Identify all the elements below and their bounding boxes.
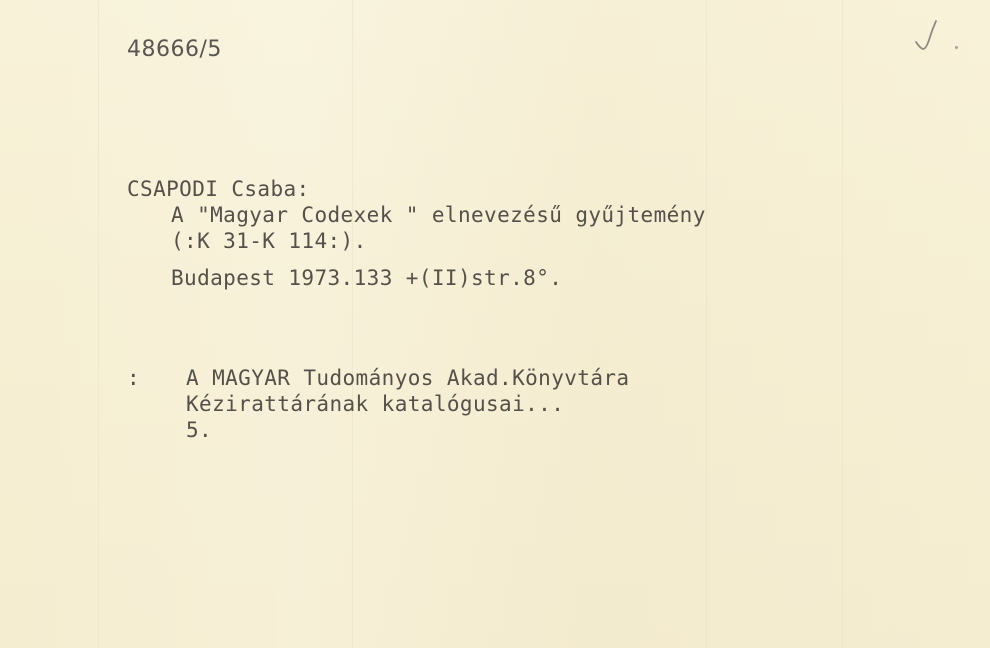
imprint-line: Budapest 1973.133 +(II)str.8°. xyxy=(171,266,562,290)
title-line: A "Magyar Codexek " elnevezésű gyűjtemén… xyxy=(171,203,706,227)
paper-streak xyxy=(98,0,99,648)
paper-streak xyxy=(706,0,707,648)
paper-streak xyxy=(842,0,843,648)
series-marker: : xyxy=(127,366,140,390)
check-mark-icon xyxy=(912,18,942,52)
catalog-card: 48666/5 CSAPODI Csaba: A "Magyar Codexek… xyxy=(0,0,990,648)
series-line: A MAGYAR Tudományos Akad.Könyvtára xyxy=(186,366,629,390)
author-heading: CSAPODI Csaba: xyxy=(127,177,310,201)
accession-number: 48666/5 xyxy=(127,38,222,62)
title-line: (:K 31-K 114:). xyxy=(171,229,367,253)
ink-speck xyxy=(955,46,958,49)
series-line: Kézirattárának katalógusai... xyxy=(186,392,564,416)
series-line: 5. xyxy=(186,418,212,442)
paper-streak xyxy=(352,0,353,648)
